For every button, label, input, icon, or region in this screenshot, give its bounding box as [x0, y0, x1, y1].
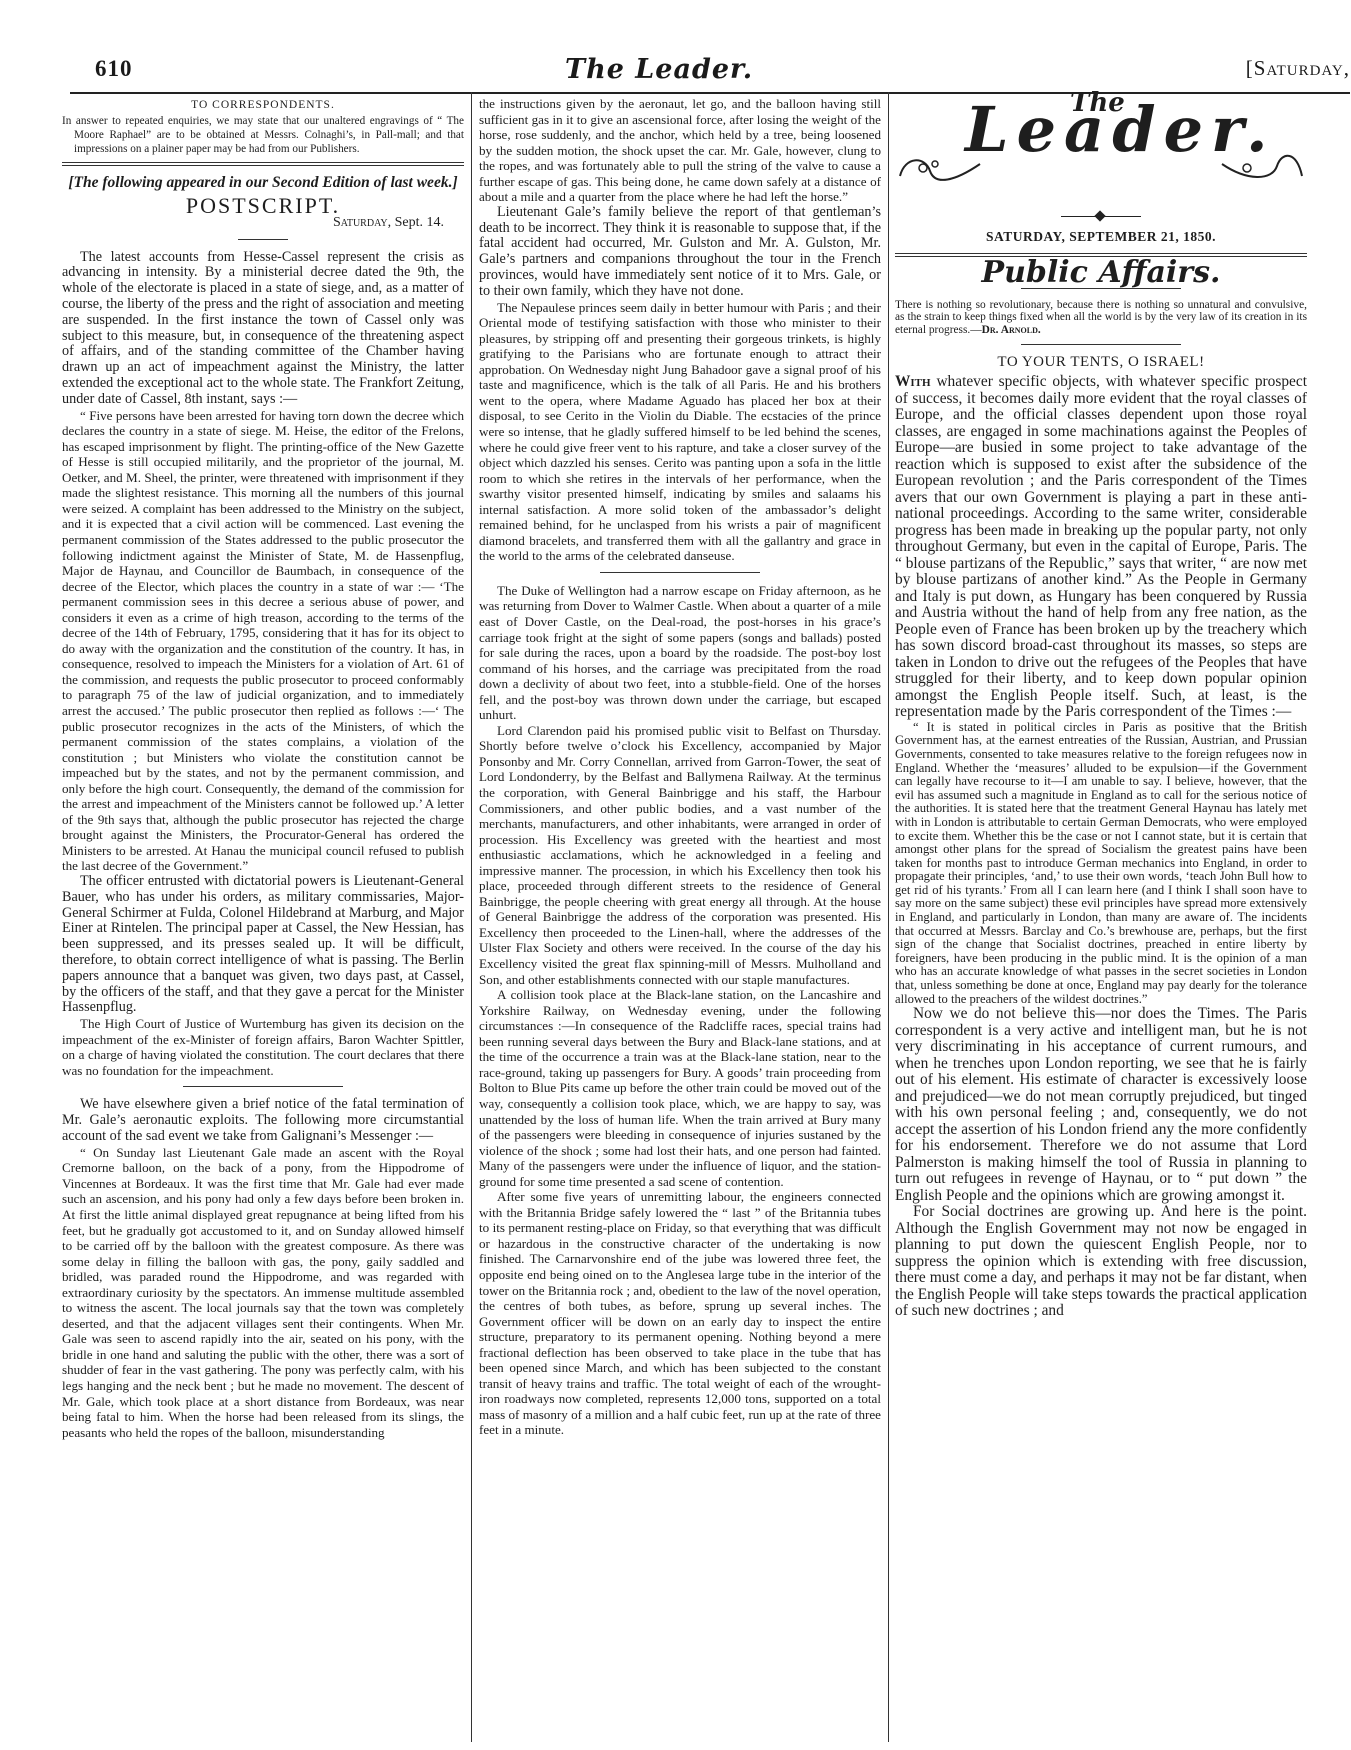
- article-paragraph: Lieutenant Gale’s family believe the rep…: [479, 205, 881, 300]
- column-3: The Leader. SATURDAY, SEPTEMBER 21, 1850…: [895, 96, 1307, 1320]
- paragraph-text: whatever specific objects, with whatever…: [895, 373, 1307, 720]
- second-edition-note: [The following appeared in our Second Ed…: [62, 174, 464, 192]
- article-paragraph: The Nepaulese princes seem daily in bett…: [479, 300, 881, 564]
- epigraph-attribution: Dr. Arnold.: [982, 324, 1041, 336]
- article-paragraph: We have elsewhere given a brief notice o…: [62, 1097, 464, 1144]
- divider: [600, 572, 760, 573]
- running-title: The Leader.: [565, 54, 753, 85]
- article-paragraph: “ On Sunday last Lieutenant Gale made an…: [62, 1145, 464, 1440]
- divider: [238, 239, 288, 240]
- article-paragraph: Lord Clarendon paid his promised public …: [479, 723, 881, 987]
- postscript-title: POSTSCRIPT.: [62, 198, 464, 214]
- running-day: [Saturday,: [1246, 56, 1350, 81]
- correspondents-notice: In answer to repeated enquiries, we may …: [62, 114, 464, 156]
- quoted-dispatch: “ It is stated in political circles in P…: [895, 721, 1307, 1006]
- article-paragraph: “ Five persons have been arrested for ha…: [62, 408, 464, 874]
- article-paragraph: The Duke of Wellington had a narrow esca…: [479, 583, 881, 723]
- article-paragraph: The latest accounts from Hesse-Cassel re…: [62, 250, 464, 408]
- ornament-rule: [1061, 216, 1141, 217]
- article-paragraph: The High Court of Justice of Wurtemburg …: [62, 1016, 464, 1078]
- divider: [183, 1086, 343, 1087]
- running-head: 610 The Leader. [Saturday,: [95, 56, 1350, 92]
- article-title: TO YOUR TENTS, O ISRAEL!: [895, 355, 1307, 371]
- newspaper-page: 610 The Leader. [Saturday, TO CORRESPOND…: [0, 0, 1351, 1750]
- section-title: Public Affairs.: [895, 265, 1307, 281]
- article-paragraph: For Social doctrines are growing up. And…: [895, 1204, 1307, 1320]
- divider: [1021, 344, 1181, 345]
- page-number: 610: [95, 56, 133, 82]
- masthead: The Leader.: [895, 96, 1307, 216]
- column-divider: [471, 92, 472, 1742]
- article-paragraph: After some five years of unremitting lab…: [479, 1189, 881, 1438]
- article-paragraph: the instructions given by the aeronaut, …: [479, 96, 881, 205]
- epigraph-text: There is nothing so revolutionary, becau…: [895, 299, 1307, 335]
- article-paragraph: A collision took place at the Black-lane…: [479, 987, 881, 1189]
- flourish-ornament-icon: [1217, 146, 1307, 186]
- dateline-date: Sept. 14.: [395, 215, 444, 230]
- drop-word: With: [895, 373, 931, 390]
- masthead-title: Leader.: [965, 122, 1276, 138]
- article-paragraph: Now we do not believe this—nor does the …: [895, 1006, 1307, 1204]
- epigraph: There is nothing so revolutionary, becau…: [895, 299, 1307, 336]
- divider: [62, 162, 464, 166]
- dateline-day: Saturday,: [333, 215, 391, 230]
- column-2: the instructions given by the aeronaut, …: [479, 96, 881, 1438]
- issue-date: SATURDAY, SEPTEMBER 21, 1850.: [895, 229, 1307, 245]
- correspondents-title: TO CORRESPONDENTS.: [62, 98, 464, 114]
- column-divider: [888, 92, 889, 1742]
- column-1: TO CORRESPONDENTS. In answer to repeated…: [62, 96, 464, 1440]
- article-paragraph: With whatever specific objects, with wha…: [895, 374, 1307, 721]
- article-paragraph: The officer entrusted with dictatorial p…: [62, 874, 464, 1016]
